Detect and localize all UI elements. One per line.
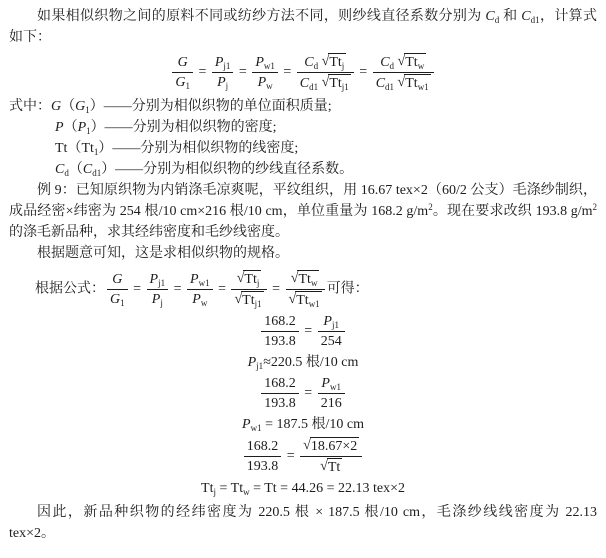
math-fraction: Pj1Pj [212,54,234,91]
symbol-base: G [110,292,120,307]
radical-icon: √ [322,74,330,91]
fraction-numerator: Cd √Ttj [297,53,354,73]
text-run: 和 [499,9,521,24]
text-run: = [301,386,316,401]
radical-icon: √ [289,291,297,308]
symbol-subscript: d [314,61,319,71]
symbol-subscript: w1 [418,82,429,92]
fraction-denominator: 193.8 [261,394,299,412]
symbol-base: C [380,55,389,70]
text-run: ）——分别为相似织物的单位面积质量; [90,99,332,114]
symbol-base: Tt [242,293,254,308]
radicand: Ttw [404,53,426,71]
symbol-base: C [304,55,313,70]
square-root: √Ttw1 [398,74,431,92]
symbol-subscript: w [201,298,208,308]
math-symbol: Ttw1 [296,293,319,308]
square-root: √18.67×2 [303,437,359,455]
fraction-numerator: √18.67×2 [300,437,362,457]
math-symbol: Ttj [244,272,259,287]
note-paragraph: 根据题意可知，这是求相似织物的规格。 [9,243,597,264]
symbol-subscript: w1 [330,382,341,392]
symbol-base: G [75,99,85,114]
symbol-subscript: 1 [86,126,91,136]
symbol-subscript: d [495,15,500,25]
symbol-base: P [321,376,330,391]
fraction-numerator: Pw1 [252,54,278,73]
symbol-subscript: j1 [342,82,349,92]
fraction-numerator: √Ttw [286,270,325,290]
text-run: 根据公式： [35,282,105,297]
fraction-denominator: 254 [318,332,345,350]
symbol-superscript: 2 [428,202,433,212]
fraction-numerator: 168.2 [261,375,299,394]
text-run: = [283,449,298,464]
math-variable: G [51,99,61,114]
symbol-subscript: 1 [185,81,190,91]
radicand: Ttw1 [404,74,430,92]
symbol-subscript: d1 [309,82,318,92]
fraction-denominator: Cd1 √Ttw1 [373,73,434,92]
example-paragraph: 例 9：已知原织物为内销涤毛凉爽呢，平纹组织，用 16.67 tex×2（60/… [9,180,597,243]
radicand: Ttj1 [328,74,350,92]
text-run: = [280,65,295,80]
symbol-base: P [258,75,267,90]
symbol-subscript: j [342,61,345,71]
symbol-subscript: 1 [120,298,125,308]
fraction-denominator: Pj [212,73,234,91]
math-fraction: Pj1254 [318,313,345,350]
symbol-base: P [248,355,257,370]
square-root: √Ttj1 [322,74,351,92]
math-fraction: 168.2193.8 [261,313,299,350]
symbol-subscript: j [160,298,163,308]
text-run: = [269,282,284,297]
math-symbol: Pw [192,292,207,307]
math-symbol: Cd [304,55,318,70]
square-root: √Ttj [237,270,262,288]
fraction-denominator: Pw [187,290,213,308]
text-run: = Tt = 44.26 = 22.13 tex×2 [250,481,405,496]
symbol-base: P [255,55,264,70]
symbol-base: C [300,76,309,91]
math-symbol: g/m2 [406,204,432,219]
text-run: = [235,65,250,80]
symbol-base: C [83,162,92,177]
math-symbol: Ttw [231,481,250,496]
math-symbol: Ttj [329,55,344,70]
text-run: 可得： [327,282,369,297]
math-symbol: Ttw1 [405,76,428,91]
symbol-subscript: j1 [255,299,262,309]
symbol-subscript: j1 [256,361,263,371]
text-run: = [216,481,231,496]
symbol-base: P [323,314,332,329]
symbol-base: g/m [406,204,428,219]
symbol-subscript: w1 [309,299,320,309]
math-fraction: 168.2193.8 [244,438,282,475]
symbol-subscript: d [390,61,395,71]
symbol-base: Tt [81,141,93,156]
symbol-base: Tt [296,293,308,308]
fraction-numerator: G [172,54,193,73]
radicand: Tt [327,458,342,476]
text-run: 193.8 [264,334,296,349]
text-run: = [195,65,210,80]
symbol-subscript: w1 [199,278,210,288]
symbol-base: Tt [244,272,256,287]
text-run: （ [69,162,83,177]
math-symbol: Ttw [405,55,424,70]
math-symbol: Pw1 [190,272,210,287]
text-run: 193.8 [264,396,296,411]
symbol-base: P [242,417,251,432]
fraction-denominator: Cd1 √Ttj1 [297,73,354,92]
text-run: 168.2 [247,439,279,454]
text-run: = 187.5 根/10 cm [262,417,364,432]
fraction-numerator: Pw1 [187,271,213,290]
where-item-density: P（P1）——分别为相似织物的密度; [9,117,597,138]
math-variable: P [55,120,64,135]
symbol-superscript: 2 [593,202,598,212]
radical-icon: √ [237,270,245,287]
fraction-numerator: Pw1 [318,375,345,394]
where-item-linear-density: Tt（Tt1）——分别为相似织物的线密度; [9,138,597,159]
math-symbol: Pw1 [242,417,262,432]
symbol-subscript: j1 [223,61,230,71]
symbol-base: Tt [201,481,213,496]
symbol-base: P [192,292,201,307]
fraction-denominator: G1 [172,73,193,91]
fraction-numerator: Pj1 [147,271,169,290]
math-symbol: Ttj [201,481,216,496]
fraction-numerator: 168.2 [261,313,299,332]
math-symbol: Tt1 [81,141,98,156]
symbol-base: Tt [405,76,417,91]
math-symbol: Pj [152,292,163,307]
math-symbol: Ttj1 [242,293,261,308]
symbol-subscript: w [243,487,250,497]
symbol-subscript: w [311,278,318,288]
math-symbol: G1 [175,75,190,90]
text-run: = [130,282,145,297]
fraction-denominator: 216 [318,394,345,412]
where-block: 式中：G（G1）——分别为相似织物的单位面积质量; P（P1）——分别为相似织物… [9,96,597,180]
radical-icon: √ [398,53,406,70]
result-weft-density: Pw1 = 187.5 根/10 cm [9,414,597,435]
fraction-denominator: √Ttj1 [231,290,266,309]
radicand: 18.67×2 [310,437,359,455]
fraction-denominator: 193.8 [261,332,299,350]
fraction-denominator: √Tt [300,457,362,476]
math-fraction: Cd √TtwCd1 √Ttw1 [373,53,434,92]
math-symbol: Cd1 [521,9,539,24]
symbol-subscript: w1 [264,61,275,71]
equation-linear-density: 168.2193.8 = √18.67×2√Tt [9,437,597,476]
text-run: 168.2 [264,314,296,329]
symbol-subscript: j [226,81,229,91]
math-symbol: Pw1 [255,55,275,70]
square-root: √Ttw1 [289,291,322,309]
text-run: 18.67×2 [311,439,357,454]
math-fraction: Pw1Pw [187,271,213,308]
math-fraction: 168.2193.8 [261,375,299,412]
text-run: 168.2 [264,376,296,391]
symbol-base: Tt [329,76,341,91]
math-symbol: Pw [258,75,273,90]
math-fraction: √Ttw√Ttw1 [286,270,325,309]
square-root: √Ttj1 [234,291,263,309]
math-fraction: Cd √TtjCd1 √Ttj1 [297,53,354,92]
symbol-base: g/m [571,204,593,219]
math-symbol: Cd1 [83,162,101,177]
math-symbol: P1 [78,120,91,135]
intro-paragraph: 如果相似织物之间的原料不同或纺纱方法不同，则纱线直径系数分别为 Cd 和 Cd1… [9,6,597,48]
math-fraction: Pw1Pw [252,54,278,91]
fraction-numerator: G [107,271,128,290]
text-run: 式中： [9,99,51,114]
fraction-numerator: √Ttj [231,270,266,290]
fraction-denominator: √Ttw1 [286,290,325,309]
text-run: ）——分别为相似织物的线密度; [98,141,298,156]
symbol-subscript: j1 [158,278,165,288]
radicand: Ttw [297,270,319,288]
math-symbol: Cd [485,9,499,24]
symbol-base: C [485,9,494,24]
math-symbol: Ttj1 [329,76,348,91]
fraction-denominator: G1 [107,290,128,308]
radical-icon: √ [320,458,328,475]
math-symbol: Cd [380,55,394,70]
text-run: 254 [321,334,342,349]
square-root: √Tt [320,458,342,476]
math-fraction: GG1 [107,271,128,308]
radical-icon: √ [291,270,299,287]
symbol-subscript: d1 [92,168,101,178]
text-run: ≈220.5 根/10 cm [263,355,358,370]
math-symbol: Pj [217,75,228,90]
math-symbol: Pw1 [321,376,341,391]
symbol-base: Tt [329,55,341,70]
square-root: √Ttj [322,53,347,71]
math-variable: G [112,272,122,287]
math-symbol: Cd [55,162,69,177]
text-run: 。现在要求改织 193.8 [433,204,571,219]
document-page: 如果相似织物之间的原料不同或纺纱方法不同，则纱线直径系数分别为 Cd 和 Cd1… [0,0,606,558]
radicand: Ttj [243,270,261,288]
fraction-numerator: Pj1 [318,313,345,332]
radicand: Ttw1 [295,291,321,309]
where-item-mass: 式中：G（G1）——分别为相似织物的单位面积质量; [9,96,597,117]
symbol-subscript: w1 [251,423,262,433]
symbol-subscript: w [418,61,425,71]
math-symbol: Pj1 [150,272,166,287]
square-root: √Ttw [398,53,427,71]
text-run: （ [64,120,78,135]
symbol-subscript: j [213,487,216,497]
symbol-base: Tt [298,272,310,287]
symbol-subscript: 1 [94,147,99,157]
math-symbol: G1 [110,292,125,307]
math-fraction: √Ttj√Ttj1 [231,270,266,309]
radicand: Ttj1 [241,291,263,309]
math-symbol: Pj1 [215,55,231,70]
result-warp-density: Pj1≈220.5 根/10 cm [9,352,597,373]
math-symbol: Pj1 [323,314,339,329]
math-fraction: Pw1216 [318,375,345,412]
math-symbol: G1 [75,99,90,114]
fraction-denominator: 193.8 [244,457,282,475]
text-run: ）——分别为相似织物的密度; [91,120,277,135]
fraction-denominator: Pw [252,73,278,91]
symbol-subscript: d1 [531,15,540,25]
radical-icon: √ [234,291,242,308]
where-item-diameter-coefficient: Cd（Cd1）——分别为相似织物的纱线直径系数。 [9,159,597,180]
math-symbol: Ttw [298,272,317,287]
text-run: = [301,324,316,339]
symbol-subscript: w [266,81,273,91]
fraction-numerator: Cd √Ttw [373,53,434,73]
text-run: ）——分别为相似织物的纱线直径系数。 [101,162,353,177]
symbol-base: P [78,120,87,135]
radical-icon: √ [303,437,311,454]
symbol-base: P [217,75,226,90]
symbol-subscript: j [257,278,260,288]
text-run: （ [61,99,75,114]
math-variable: G [178,55,188,70]
conclusion-paragraph: 因此，新品种织物的经纬密度为 220.5 根 × 187.5 根/10 cm，毛… [9,502,597,544]
math-fraction: √18.67×2√Tt [300,437,362,476]
symbol-subscript: j1 [332,320,339,330]
text-run: Tt（ [55,141,81,156]
text-run: = [170,282,185,297]
text-run: 193.8 [247,459,279,474]
text-run: = [215,282,230,297]
applied-formula-line: 根据公式：GG1 = Pj1Pj = Pw1Pw = √Ttj√Ttj1 = √… [9,270,597,309]
text-run: Tt [328,460,340,475]
math-symbol: Pj1 [248,355,264,370]
fraction-denominator: Pj [147,290,169,308]
fraction-numerator: Pj1 [212,54,234,73]
result-linear-density: Ttj = Ttw = Tt = 44.26 = 22.13 tex×2 [9,478,597,499]
text-run: 根据题意可知，这是求相似织物的规格。 [37,246,289,261]
symbol-base: C [521,9,530,24]
equation-weft-density: 168.2193.8 = Pw1216 [9,375,597,412]
math-fraction: Pj1Pj [147,271,169,308]
text-run: 如果相似织物之间的原料不同或纺纱方法不同，则纱线直径系数分别为 [37,9,485,24]
math-symbol: Cd1 [376,76,394,91]
text-run: 的涤毛新品种，求其经纬密度和毛纱线密度。 [9,225,289,240]
symbol-base: P [150,272,159,287]
symbol-base: Tt [405,55,417,70]
text-run: 因此，新品种织物的经纬密度为 220.5 根 × 187.5 根/10 cm，毛… [9,505,597,541]
equation-warp-density: 168.2193.8 = Pj1254 [9,313,597,350]
symbol-base: C [55,162,64,177]
symbol-subscript: d1 [385,82,394,92]
text-run: = [356,65,371,80]
fraction-numerator: 168.2 [244,438,282,457]
symbol-subscript: d [64,168,69,178]
symbol-base: Tt [231,481,243,496]
text-run: 216 [321,396,342,411]
radical-icon: √ [322,53,330,70]
symbol-base: G [175,75,185,90]
radicand: Ttj [328,53,346,71]
symbol-subscript: 1 [85,105,90,115]
math-fraction: GG1 [172,54,193,91]
math-symbol: g/m2 [571,204,597,219]
square-root: √Ttw [291,270,320,288]
main-formula: GG1 = Pj1Pj = Pw1Pw = Cd √TtjCd1 √Ttj1 =… [9,53,597,92]
symbol-base: P [190,272,199,287]
symbol-base: C [376,76,385,91]
radical-icon: √ [398,74,406,91]
math-symbol: Cd1 [300,76,318,91]
